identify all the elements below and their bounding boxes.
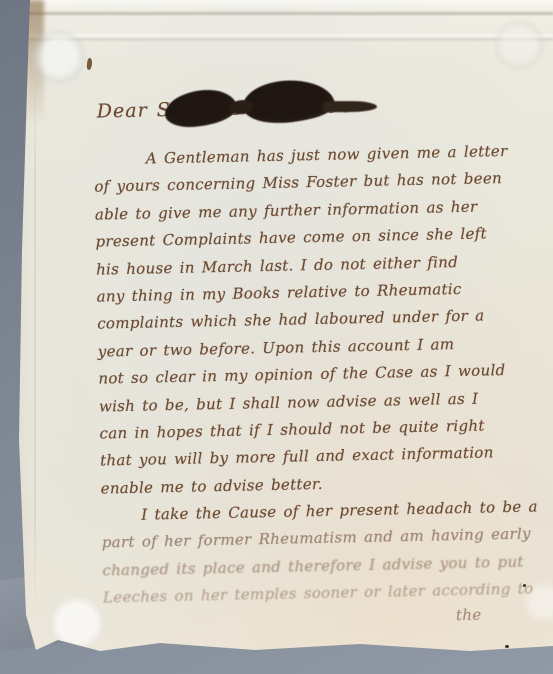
paper-stain xyxy=(30,28,88,86)
paragraph-1: A Gentleman has just now given me a lett… xyxy=(94,137,537,502)
salutation-row: Dear Sir Mess Foster xyxy=(92,83,529,138)
ink-fleck xyxy=(86,58,93,71)
paragraph-2: I take the Cause of her present headach … xyxy=(101,493,539,612)
paper-stain xyxy=(46,592,108,654)
photographed-letter-scene: Dear Sir Mess Foster A Gentleman has jus… xyxy=(0,0,553,674)
letter-page: Dear Sir Mess Foster A Gentleman has jus… xyxy=(0,0,553,674)
letter-body: Dear Sir Mess Foster A Gentleman has jus… xyxy=(92,83,539,632)
dirt-speck xyxy=(505,645,509,648)
vertical-fold-line xyxy=(34,60,36,620)
fold-crease-line xyxy=(0,11,553,16)
ink-blot xyxy=(242,78,336,125)
paper-top-edge-highlight xyxy=(0,0,553,10)
ink-blot xyxy=(164,88,238,129)
paper-stain xyxy=(492,18,546,72)
